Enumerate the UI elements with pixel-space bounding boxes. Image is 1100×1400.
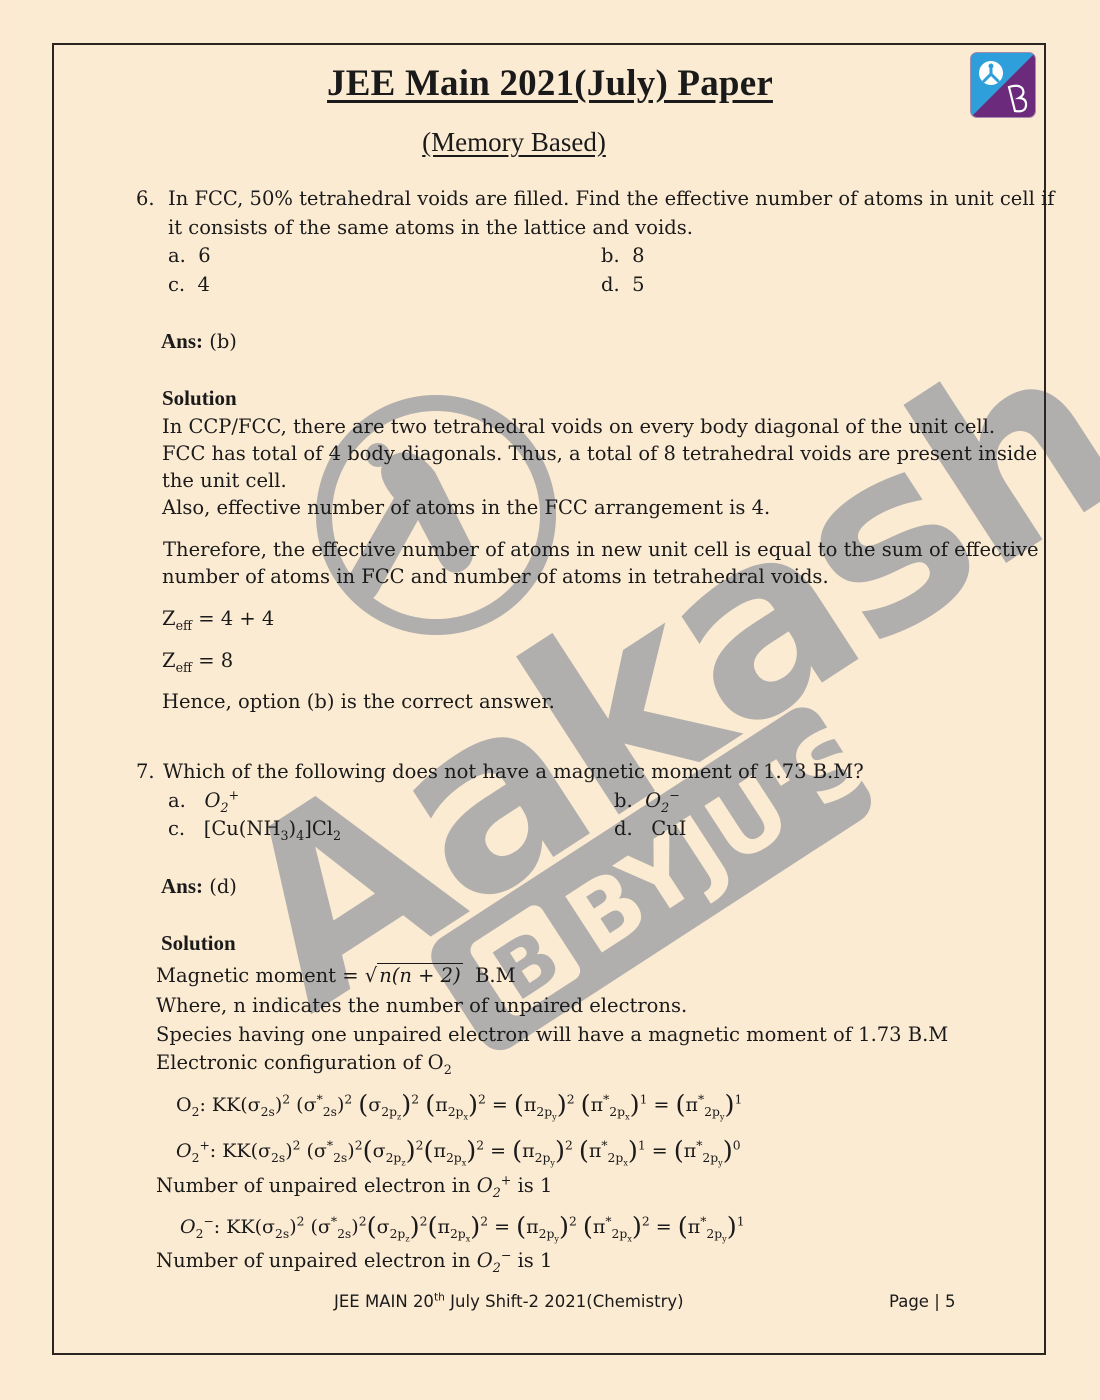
o2-minus-unpaired-count: Number of unpaired electron in O2− is 1 [156,1251,552,1271]
o2-configuration: O2: KK(σ2s)2 (σ*2s)2 (σ2pz)2 (π2px)2 = (… [176,1090,742,1120]
q6-equation-2: Zeff = 8 [162,651,233,671]
q7-option-c: c. [Cu(NH3)4]Cl2 [168,819,341,839]
aakash-byjus-logo-icon [970,52,1036,118]
q6-option-c: c. 4 [168,275,210,295]
q6-option-d: d. 5 [601,275,645,295]
o2-minus-configuration: O2−: KK(σ2s)2 (σ*2s)2(σ2pz)2(π2px)2 = (π… [180,1212,745,1242]
question-6-text-line1: In FCC, 50% tetrahedral voids are filled… [168,189,1054,209]
page-title: JEE Main 2021(July) Paper [0,62,1100,105]
question-7-text: Which of the following does not have a m… [163,762,864,782]
footer-exam-info: JEE MAIN 20th July Shift-2 2021(Chemistr… [334,1292,684,1311]
question-7-number: 7. [136,762,155,782]
footer-page-number: Page | 5 [889,1292,956,1311]
q6-solution-line: In CCP/FCC, there are two tetrahedral vo… [162,417,995,437]
question-6-number: 6. [136,189,155,209]
q6-conclusion: Hence, option (b) is the correct answer. [162,692,555,712]
q7-option-a: a. O2+ [168,791,239,811]
q7-solution-line: Electronic configuration of O2 [156,1053,452,1073]
page-subtitle: (Memory Based) [0,127,1028,158]
q6-solution-line: FCC has total of 4 body diagonals. Thus,… [162,444,1037,464]
q7-solution-heading: Solution [161,933,236,954]
q7-option-b: b. O2− [614,791,680,811]
o2-plus-unpaired-count: Number of unpaired electron in O2+ is 1 [156,1176,552,1196]
q6-option-b: b. 8 [601,246,645,266]
q6-solution-line: the unit cell. [162,471,287,491]
q6-solution-heading: Solution [162,388,237,409]
q6-solution-line: number of atoms in FCC and number of ato… [162,567,829,587]
question-6-text-line2: it consists of the same atoms in the lat… [168,218,693,238]
q7-solution-line: Where, n indicates the number of unpaire… [156,996,687,1016]
q6-solution-line: Therefore, the effective number of atoms… [163,540,1039,560]
q6-solution-line: Also, effective number of atoms in the F… [162,498,770,518]
q7-magnetic-moment-formula: Magnetic moment = √n(n + 2) B.M [156,966,516,986]
q6-option-a: a. 6 [168,246,211,266]
q7-option-d: d. CuI [614,819,686,839]
q7-answer: Ans: (d) [161,876,237,897]
o2-plus-configuration: O2+: KK(σ2s)2 (σ*2s)2(σ2pz)2(π2px)2 = (π… [176,1136,741,1166]
q7-solution-line: Species having one unpaired electron wil… [156,1025,948,1045]
q6-answer: Ans: (b) [161,331,237,352]
q6-equation-1: Zeff = 4 + 4 [162,609,274,629]
